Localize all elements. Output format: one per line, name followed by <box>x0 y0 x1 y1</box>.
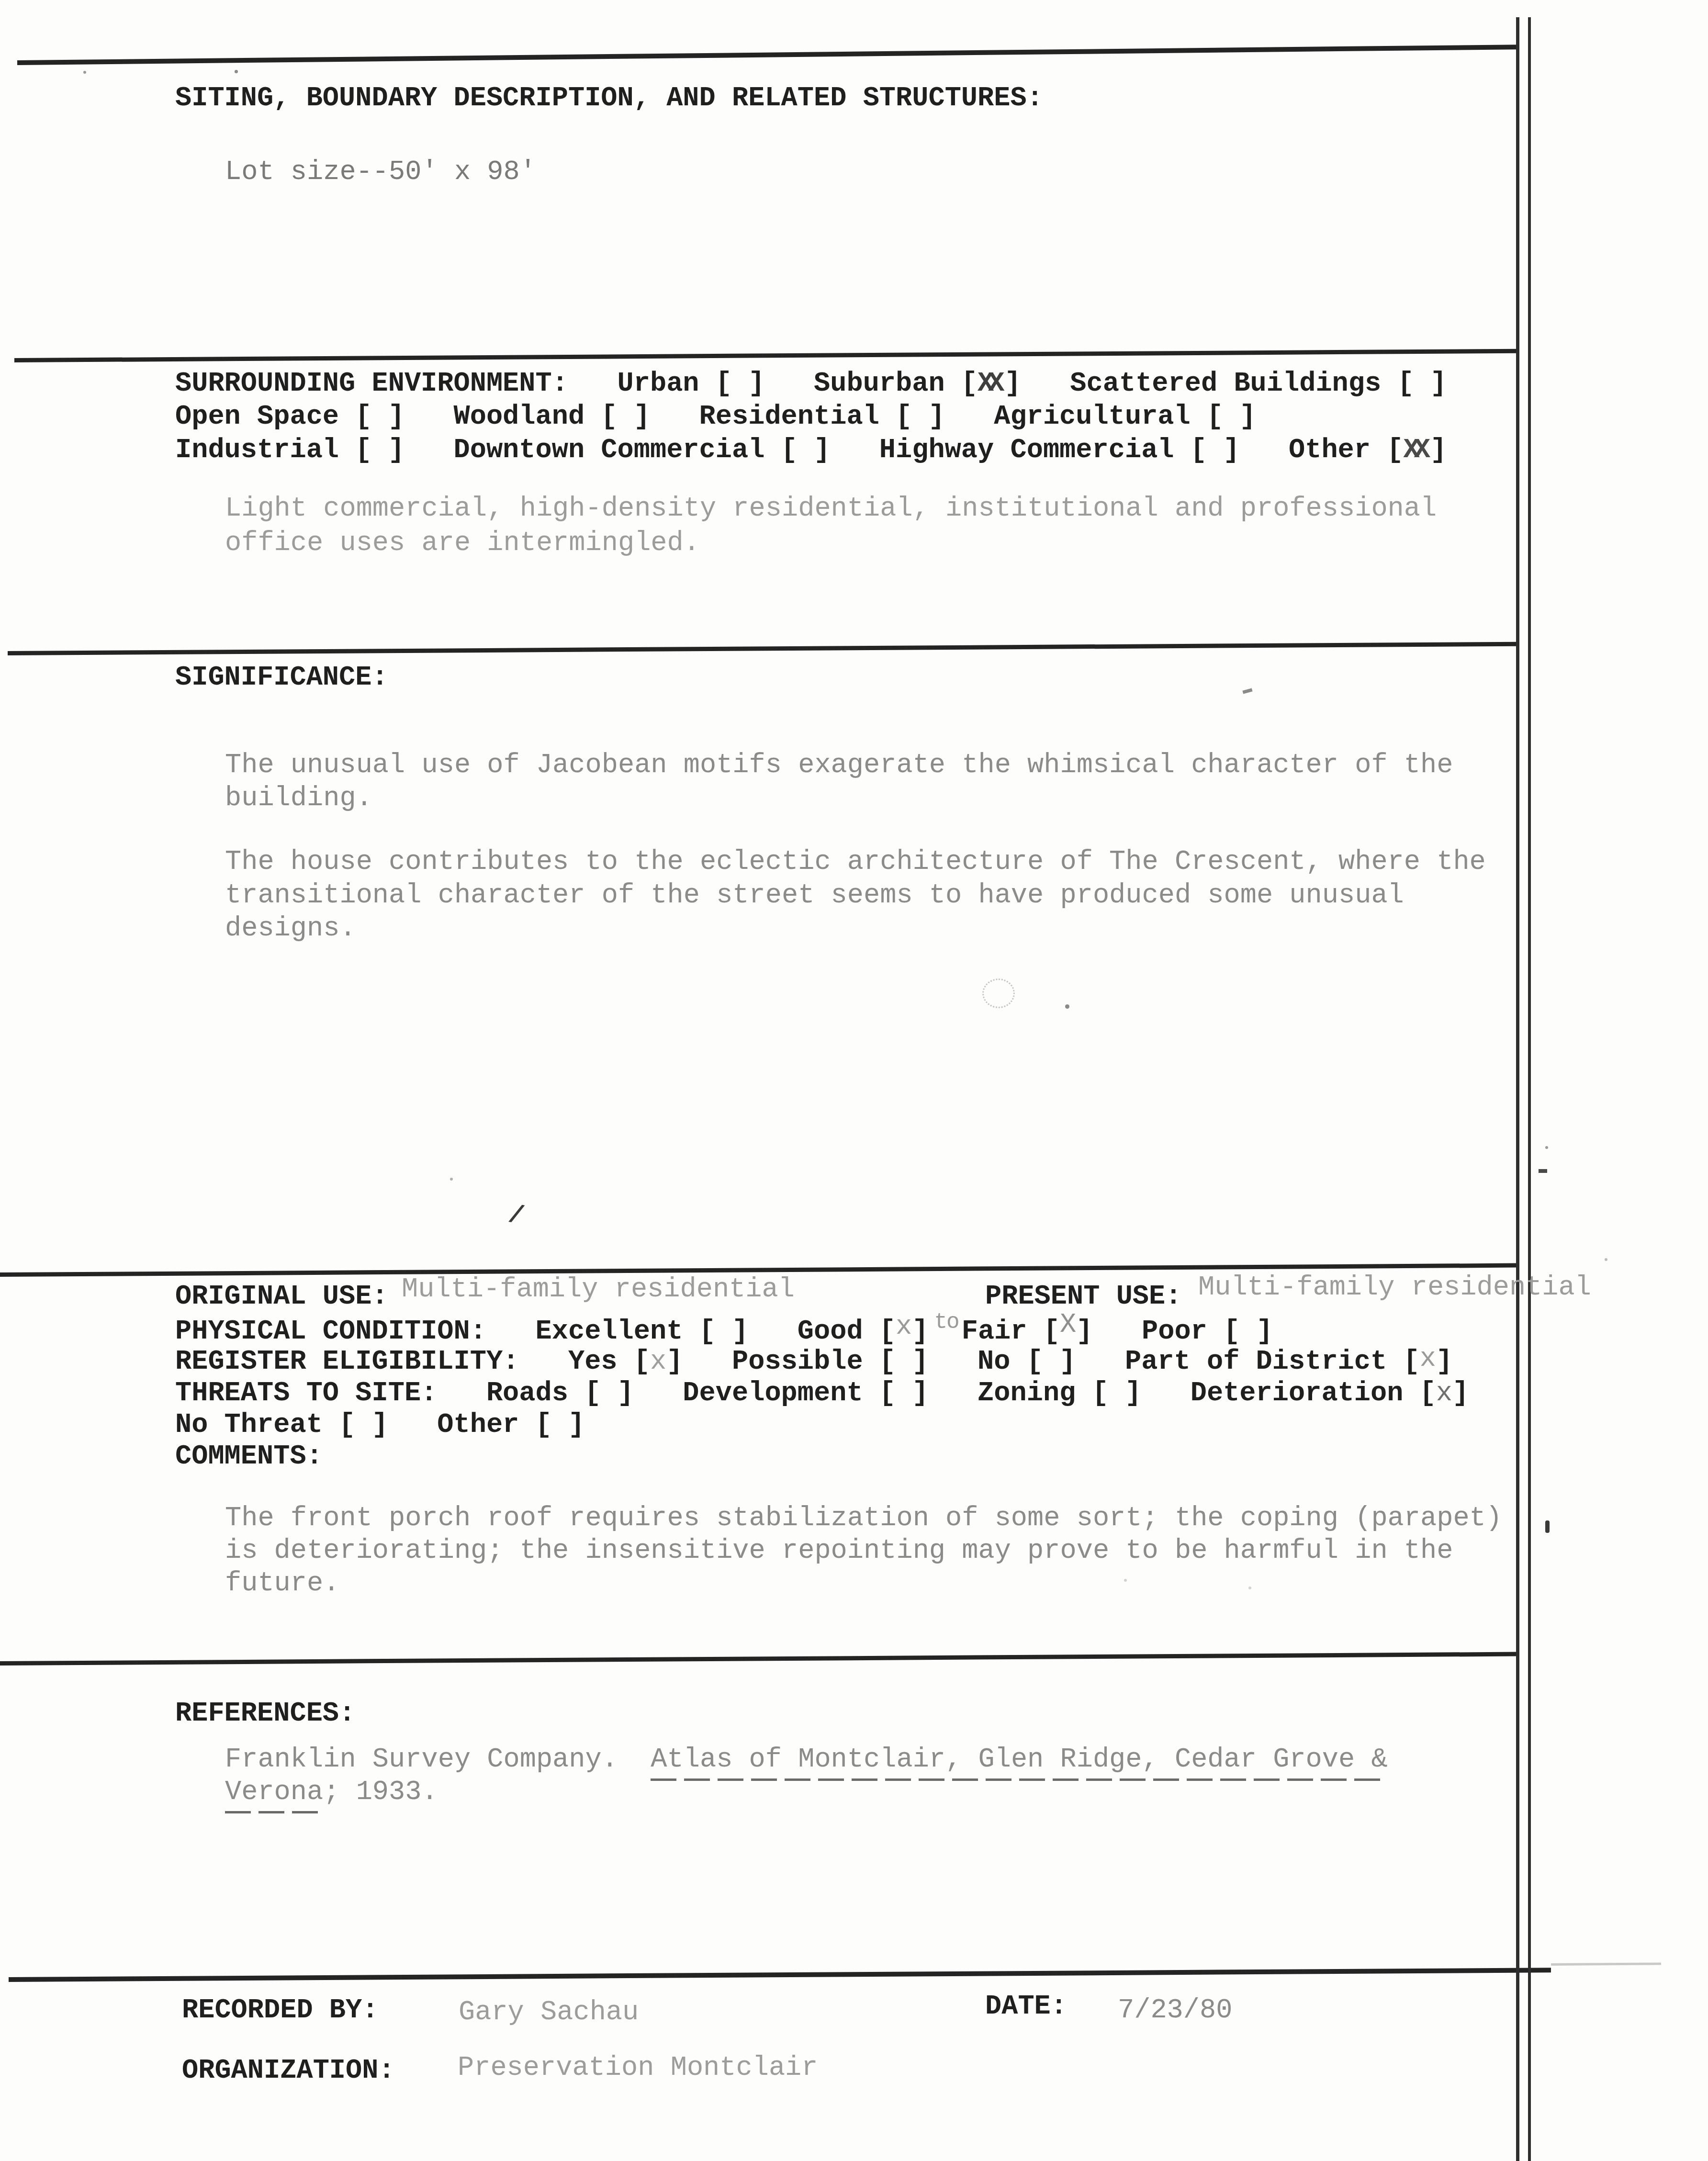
surrounding-environment-line-2: Open Space [ ] Woodland [ ] Residential … <box>175 401 1256 433</box>
deterioration-checkbox-mark: x <box>1436 1378 1452 1409</box>
margin-dash-mark <box>1539 1169 1547 1173</box>
organization-label: ORGANIZATION: <box>182 2055 395 2087</box>
margin-tick-mark <box>1545 1520 1550 1533</box>
significance-paragraph2-line2: transitional character of the street see… <box>225 879 1404 912</box>
yes-checkbox-mark: x <box>650 1347 666 1377</box>
significance-section-title: SIGNIFICANCE: <box>175 662 388 694</box>
surrounding-note-line-2: office uses are intermingled. <box>225 527 700 560</box>
present-use-label: PRESENT USE: <box>985 1281 1181 1313</box>
register-eligibility-line: REGISTER ELIGIBILITY: Yes [x] Possible [… <box>175 1346 1452 1378</box>
good-to-fair-annotation: to <box>934 1310 958 1335</box>
speck-dot-4 <box>83 71 86 74</box>
reference-author-text: Franklin Survey Company. <box>225 1745 651 1775</box>
right-margin-line-inner <box>1528 17 1531 2161</box>
reference-year-text: ; 1933. <box>323 1777 438 1808</box>
reference-title-underlined-2: Verona <box>225 1777 323 1813</box>
register-eligibility-mid: ] Possible [ ] No [ ] Part of District [ <box>666 1347 1419 1377</box>
scanned-survey-form-page: { "siting": { "title": "SITING, BOUNDARY… <box>0 0 1708 2161</box>
recorded-by-label: RECORDED BY: <box>182 1994 378 2027</box>
comments-label: COMMENTS: <box>175 1441 323 1473</box>
significance-tick-mark <box>1242 688 1252 694</box>
surrounding-line3-tail: ] <box>1430 435 1447 466</box>
speck-dot-2 <box>1545 1146 1548 1149</box>
date-label: DATE: <box>985 1991 1067 2023</box>
date-value: 7/23/80 <box>1118 1994 1232 2027</box>
speck-dot-7 <box>1124 1579 1127 1582</box>
surrounding-environment-line-1: SURROUNDING ENVIRONMENT: Urban [ ] Subur… <box>175 368 1447 400</box>
significance-paragraph1-line2: building. <box>225 782 372 815</box>
good-checkbox-close: ] <box>912 1317 928 1347</box>
significance-paragraph2-line3: designs. <box>225 912 356 945</box>
significance-paragraph1-line1: The unusual use of Jacobean motifs exage… <box>225 749 1453 782</box>
surrounding-line3-text: Industrial [ ] Downtown Commercial [ ] H… <box>175 435 1403 466</box>
surrounding-line1-tail: ] Scattered Buildings [ ] <box>1005 369 1447 399</box>
smudge-circle-mark <box>982 979 1015 1008</box>
original-use-value: Multi-family residential <box>402 1273 795 1306</box>
no-threat-other-line: No Threat [ ] Other [ ] <box>175 1409 584 1441</box>
surrounding-note-line-1: Light commercial, high-density residenti… <box>225 493 1437 525</box>
speck-dot-6 <box>1605 1258 1607 1261</box>
divider-line-5 <box>0 1652 1518 1666</box>
recorded-by-value: Gary Sachau <box>459 1996 639 2029</box>
part-of-district-checkbox-mark: x <box>1420 1344 1436 1374</box>
lot-size-value: Lot size--50' x 98' <box>225 156 536 189</box>
divider-line-bottom <box>9 1968 1551 1982</box>
suburban-checkbox-mark: XX <box>978 369 999 399</box>
surrounding-environment-line-3: Industrial [ ] Downtown Commercial [ ] H… <box>175 434 1447 467</box>
surrounding-line1-text: SURROUNDING ENVIRONMENT: Urban [ ] Subur… <box>175 369 978 399</box>
physical-condition-text: PHYSICAL CONDITION: Excellent [ ] Good [ <box>175 1317 896 1347</box>
references-line-1: Franklin Survey Company. Atlas of Montcl… <box>225 1744 1388 1776</box>
siting-section-title: SITING, BOUNDARY DESCRIPTION, AND RELATE… <box>175 82 1043 115</box>
divider-line-top <box>17 45 1518 65</box>
register-eligibility-tail: ] <box>1436 1347 1452 1377</box>
comments-line-3: future. <box>225 1567 339 1600</box>
references-line-2: Verona; 1933. <box>225 1776 438 1809</box>
speck-dot-3 <box>235 70 238 73</box>
physical-condition-line: PHYSICAL CONDITION: Excellent [ ] Good [… <box>175 1316 1273 1349</box>
comments-line-2: is deteriorating; the insensitive repoin… <box>225 1535 1453 1567</box>
comments-line-1: The front porch roof requires stabilizat… <box>225 1502 1502 1535</box>
register-eligibility-text: REGISTER ELIGIBILITY: Yes [ <box>175 1347 650 1377</box>
physical-condition-tail: ] Poor [ ] <box>1076 1317 1272 1347</box>
threats-tail: ] <box>1452 1378 1469 1409</box>
threats-text: THREATS TO SITE: Roads [ ] Development [… <box>175 1378 1436 1409</box>
other-checkbox-mark: XX <box>1403 435 1424 466</box>
speck-dot-5 <box>450 1178 453 1181</box>
fair-label-text: Fair [ <box>962 1317 1060 1347</box>
divider-line-bottom-faint-extension <box>1551 1963 1661 1966</box>
significance-paragraph2-line1: The house contributes to the eclectic ar… <box>225 846 1486 878</box>
good-checkbox-mark: x <box>896 1312 912 1342</box>
right-margin-line-outer <box>1516 17 1519 2161</box>
threats-to-site-line: THREATS TO SITE: Roads [ ] Development [… <box>175 1377 1469 1410</box>
divider-line-3 <box>8 642 1518 655</box>
references-section-title: REFERENCES: <box>175 1698 355 1730</box>
fair-checkbox-mark: X <box>1060 1310 1076 1340</box>
original-use-label: ORIGINAL USE: <box>175 1281 388 1313</box>
reference-title-underlined: Atlas of Montclair, Glen Ridge, Cedar Gr… <box>651 1745 1387 1781</box>
divider-line-2 <box>14 349 1518 362</box>
speck-dot-8 <box>1248 1587 1251 1589</box>
speck-dot-1 <box>1065 1004 1069 1009</box>
stray-slash-mark: / <box>506 1201 527 1232</box>
organization-value: Preservation Montclair <box>458 2052 818 2084</box>
present-use-value: Multi-family residential <box>1198 1272 1591 1304</box>
